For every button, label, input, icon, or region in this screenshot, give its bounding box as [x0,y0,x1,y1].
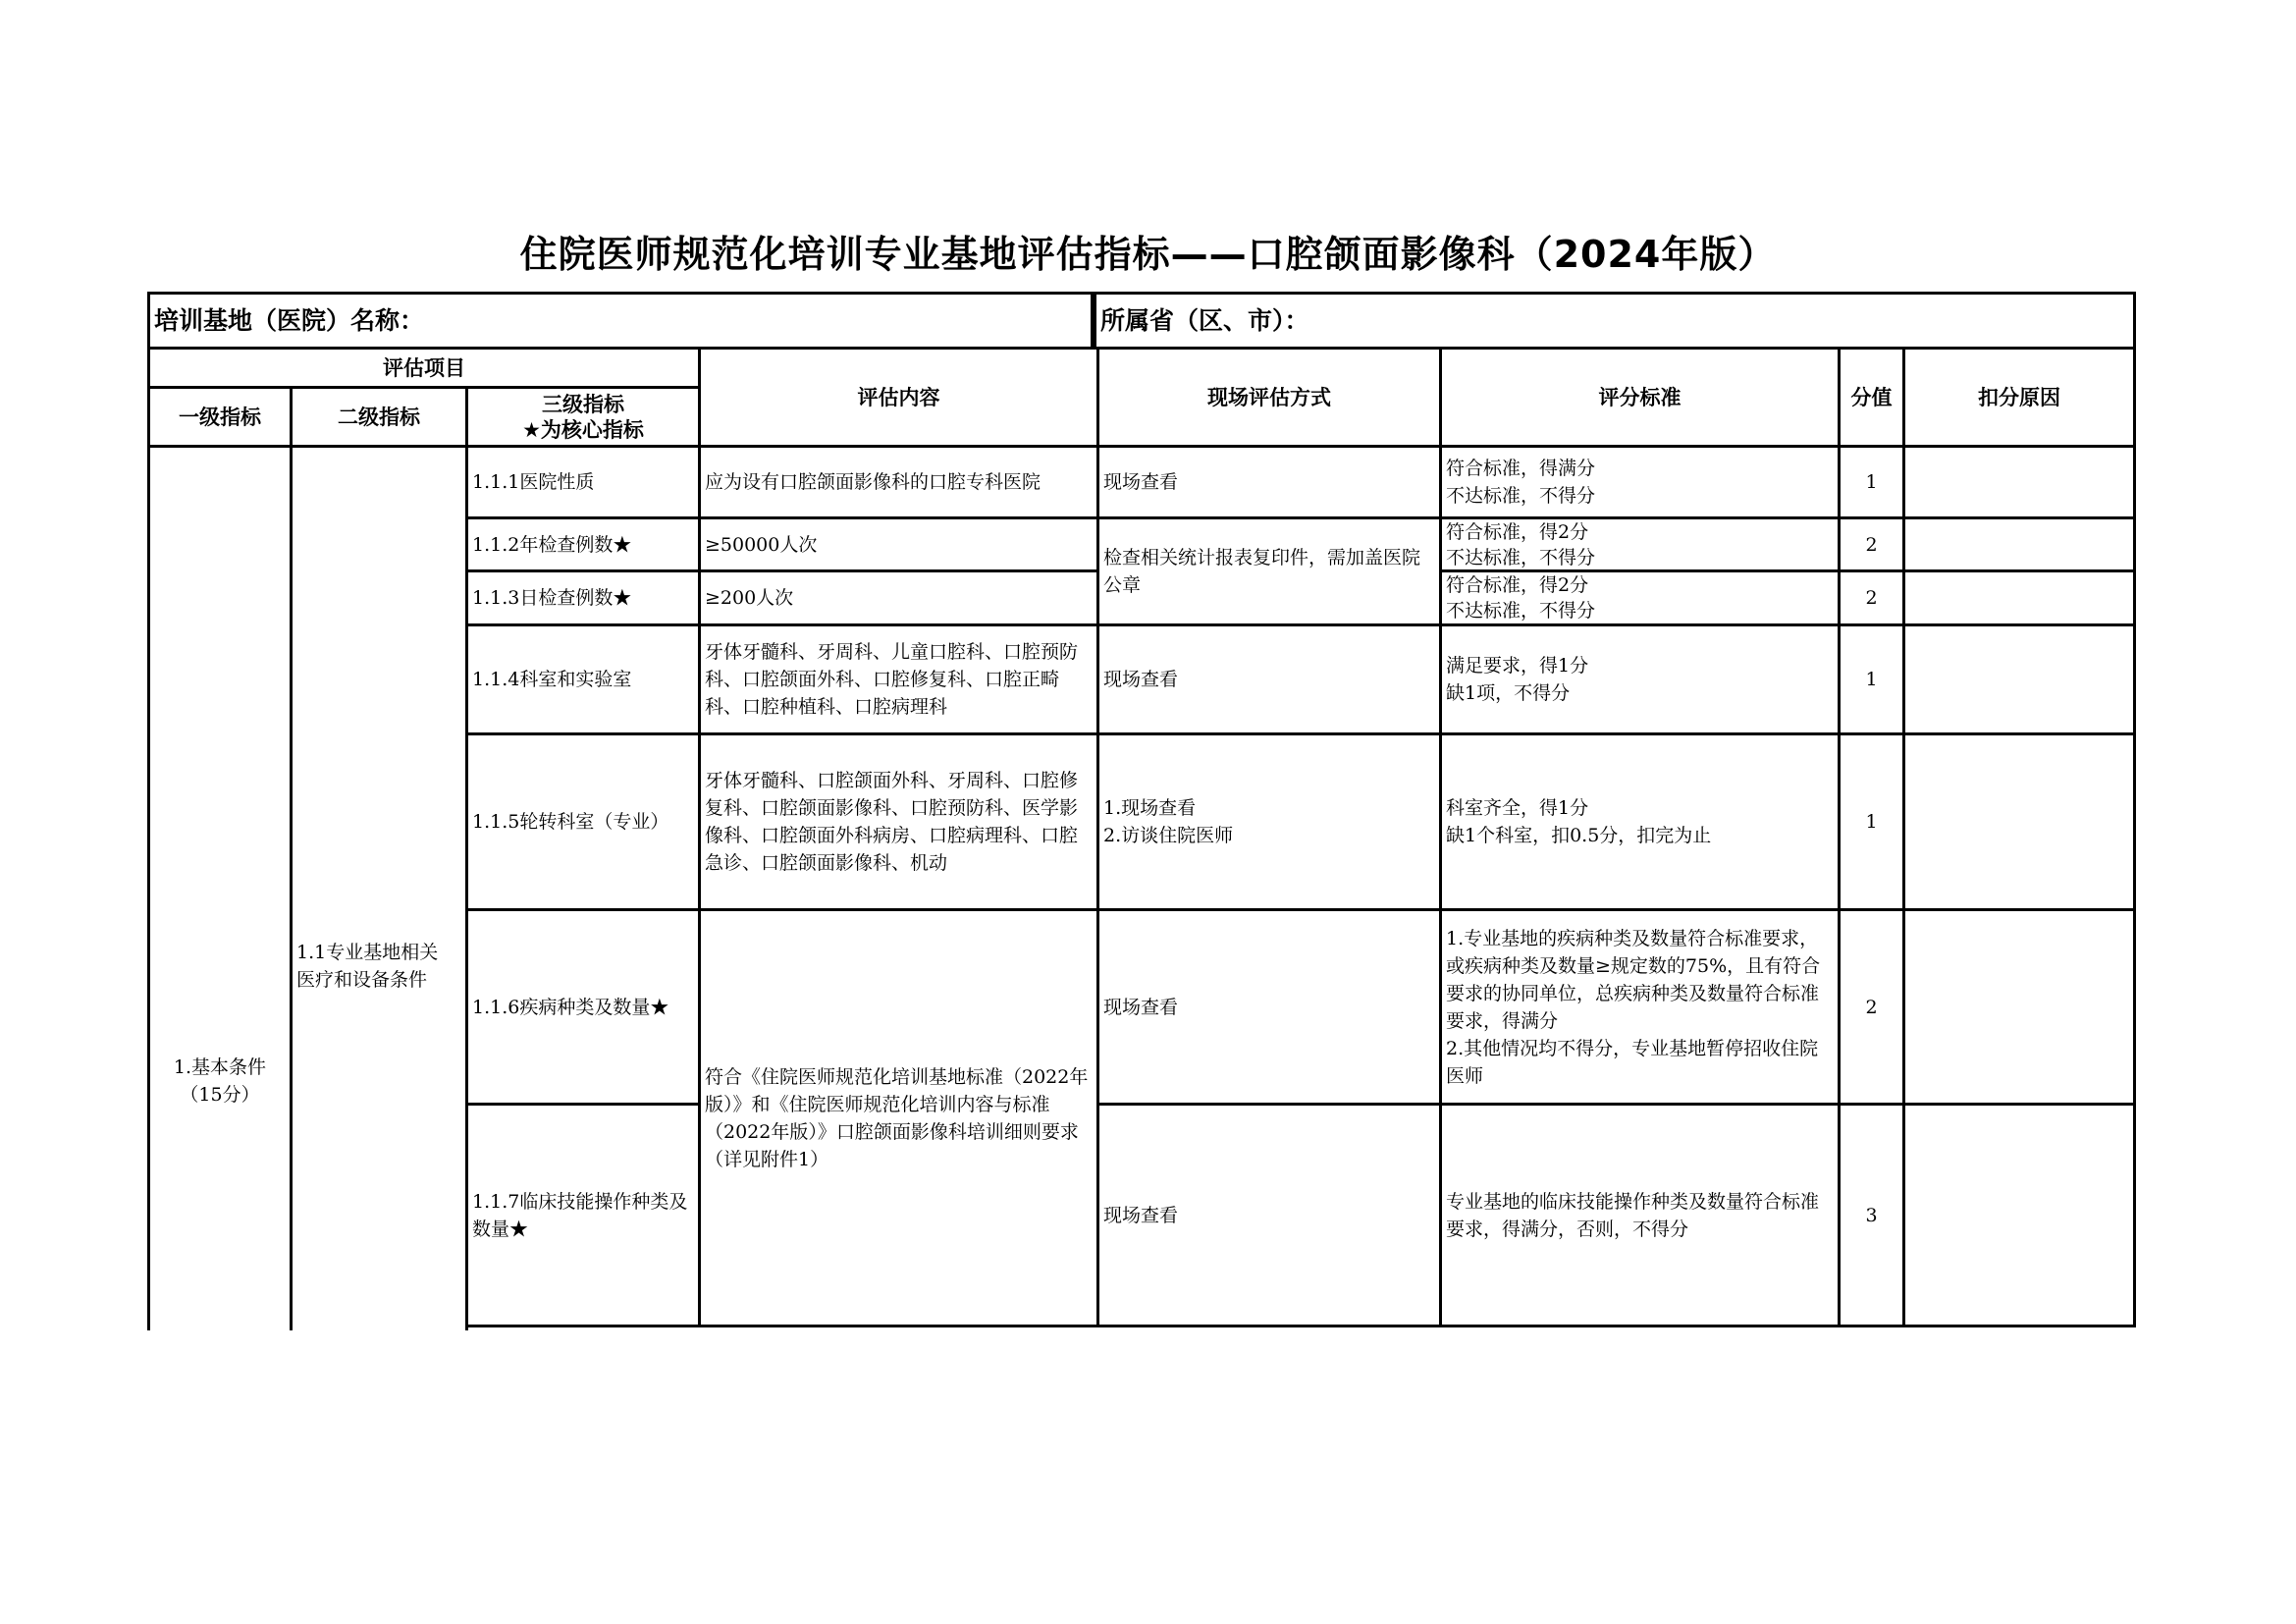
header-group-label: 评估项目 [383,354,465,382]
row-7-level3: 1.1.7临床技能操作种类及数量★ [465,1103,701,1327]
header-level3: 三级指标 ★为核心指标 [465,386,701,448]
level2-cell: 1.1专业基地相关 医疗和设备条件 [290,445,468,1330]
row-4-criteria: 满足要求，得1分 缺1项，不得分 [1439,623,1841,735]
rows-6-7-content: 符合《住院医师规范化培训基地标准（2022年版）》和《住院医师规范化培训内容与标… [698,908,1099,1327]
row-3-deduction-field[interactable] [1902,569,2136,626]
row-6-level3: 1.1.6疾病种类及数量★ [465,908,701,1106]
header-deduction: 扣分原因 [1902,347,2136,448]
method-text: 现场查看 [1103,1202,1178,1229]
header-criteria-label: 评分标准 [1599,384,1682,411]
method-text: 现场查看 [1103,994,1178,1021]
header-deduction-label: 扣分原因 [1978,384,2060,411]
score-value: 3 [1865,1202,1877,1229]
header-method-label: 现场评估方式 [1207,384,1331,411]
row-7-criteria: 专业基地的临床技能操作种类及数量符合标准要求，得满分，否则，不得分 [1439,1103,1841,1327]
level3-label: 1.1.1医院性质 [472,468,594,496]
criteria-text: 满足要求，得1分 缺1项，不得分 [1446,652,1588,707]
content-text: ≥50000人次 [705,531,817,559]
row-1-content: 应为设有口腔颌面影像科的口腔专科医院 [698,445,1099,519]
row-7-deduction-field[interactable] [1902,1103,2136,1327]
header-content: 评估内容 [698,347,1099,448]
criteria-text: 符合标准，得满分 不达标准，不得分 [1446,455,1595,510]
criteria-text: 科室齐全，得1分 缺1个科室，扣0.5分，扣完为止 [1446,794,1711,849]
header-score-label: 分值 [1851,384,1893,411]
content-text: 应为设有口腔颌面影像科的口腔专科医院 [705,468,1041,496]
header-level2-label: 二级指标 [338,404,420,431]
header-level2: 二级指标 [290,386,468,448]
row-2-criteria: 符合标准，得2分 不达标准，不得分 [1439,516,1841,572]
score-value: 1 [1865,666,1877,693]
row-6-criteria: 1.专业基地的疾病种类及数量符合标准要求，或疾病种类及数量≥规定数的75%，且有… [1439,908,1841,1106]
header-group: 评估项目 [147,347,701,389]
header-level1-label: 一级指标 [179,404,261,431]
base-name-field[interactable]: 培训基地（医院）名称： [147,292,1094,350]
content-text: 牙体牙髓科、牙周科、儿童口腔科、口腔预防科、口腔颌面外科、口腔修复科、口腔正畸科… [705,638,1093,721]
content-text: 牙体牙髓科、口腔颌面外科、牙周科、口腔修复科、口腔颌面影像科、口腔预防科、医学影… [705,767,1093,877]
row-5-method: 1.现场查看 2.访谈住院医师 [1096,732,1442,911]
method-text: 1.现场查看 2.访谈住院医师 [1103,794,1233,849]
row-4-score: 1 [1838,623,1905,735]
row-5-score: 1 [1838,732,1905,911]
row-2-deduction-field[interactable] [1902,516,2136,572]
level2-label: 1.1专业基地相关 医疗和设备条件 [296,939,438,994]
criteria-text: 1.专业基地的疾病种类及数量符合标准要求，或疾病种类及数量≥规定数的75%，且有… [1446,925,1834,1090]
row-6-score: 2 [1838,908,1905,1106]
row-7-method: 现场查看 [1096,1103,1442,1327]
header-content-label: 评估内容 [858,384,940,411]
score-value: 2 [1865,531,1877,559]
header-level1: 一级指标 [147,386,293,448]
level3-label: 1.1.5轮转科室（专业） [472,808,668,836]
level1-label: 1.基本条件 （15分） [174,1054,266,1109]
row-3-level3: 1.1.3日检查例数★ [465,569,701,626]
score-value: 1 [1865,468,1877,496]
level3-label: 1.1.4科室和实验室 [472,666,631,693]
criteria-text: 符合标准，得2分 不达标准，不得分 [1446,519,1595,570]
header-criteria: 评分标准 [1439,347,1841,448]
criteria-text: 符合标准，得2分 不达标准，不得分 [1446,572,1595,623]
row-5-deduction-field[interactable] [1902,732,2136,911]
row-1-method: 现场查看 [1096,445,1442,519]
page-title: 住院医师规范化培训专业基地评估指标——口腔颌面影像科（2024年版） [0,224,2296,278]
level3-label: 1.1.7临床技能操作种类及数量★ [472,1188,694,1243]
method-text: 现场查看 [1103,468,1178,496]
level3-label: 1.1.3日检查例数★ [472,584,631,612]
row-1-score: 1 [1838,445,1905,519]
header-level3-label: 三级指标 ★为核心指标 [522,392,644,443]
province-label: 所属省（区、市）： [1100,307,1309,335]
row-2-score: 2 [1838,516,1905,572]
row-6-deduction-field[interactable] [1902,908,2136,1106]
method-text: 现场查看 [1103,666,1178,693]
header-score: 分值 [1838,347,1905,448]
row-2-level3: 1.1.2年检查例数★ [465,516,701,572]
method-text: 检查相关统计报表复印件，需加盖医院公章 [1103,544,1435,599]
row-1-criteria: 符合标准，得满分 不达标准，不得分 [1439,445,1841,519]
content-text: 符合《住院医师规范化培训基地标准（2022年版）》和《住院医师规范化培训内容与标… [705,1063,1093,1173]
score-value: 2 [1865,584,1877,612]
province-field[interactable]: 所属省（区、市）： [1094,292,2136,350]
row-6-method: 现场查看 [1096,908,1442,1106]
row-4-content: 牙体牙髓科、牙周科、儿童口腔科、口腔预防科、口腔颌面外科、口腔修复科、口腔正畸科… [698,623,1099,735]
header-method: 现场评估方式 [1096,347,1442,448]
row-5-criteria: 科室齐全，得1分 缺1个科室，扣0.5分，扣完为止 [1439,732,1841,911]
row-3-criteria: 符合标准，得2分 不达标准，不得分 [1439,569,1841,626]
row-4-deduction-field[interactable] [1902,623,2136,735]
content-text: ≥200人次 [705,584,793,612]
row-1-deduction-field[interactable] [1902,445,2136,519]
score-value: 2 [1865,994,1877,1021]
row-4-level3: 1.1.4科室和实验室 [465,623,701,735]
row-7-score: 3 [1838,1103,1905,1327]
row-3-score: 2 [1838,569,1905,626]
row-1-level3: 1.1.1医院性质 [465,445,701,519]
level3-label: 1.1.2年检查例数★ [472,531,631,559]
row-3-content: ≥200人次 [698,569,1099,626]
level3-label: 1.1.6疾病种类及数量★ [472,994,668,1021]
row-2-content: ≥50000人次 [698,516,1099,572]
row-5-level3: 1.1.5轮转科室（专业） [465,732,701,911]
row-4-method: 现场查看 [1096,623,1442,735]
rows-2-3-method: 检查相关统计报表复印件，需加盖医院公章 [1096,516,1442,626]
criteria-text: 专业基地的临床技能操作种类及数量符合标准要求，得满分，否则，不得分 [1446,1188,1834,1243]
row-5-content: 牙体牙髓科、口腔颌面外科、牙周科、口腔修复科、口腔颌面影像科、口腔预防科、医学影… [698,732,1099,911]
score-value: 1 [1865,808,1877,836]
level1-cell: 1.基本条件 （15分） [147,445,293,1330]
base-name-label: 培训基地（医院）名称： [154,307,424,335]
